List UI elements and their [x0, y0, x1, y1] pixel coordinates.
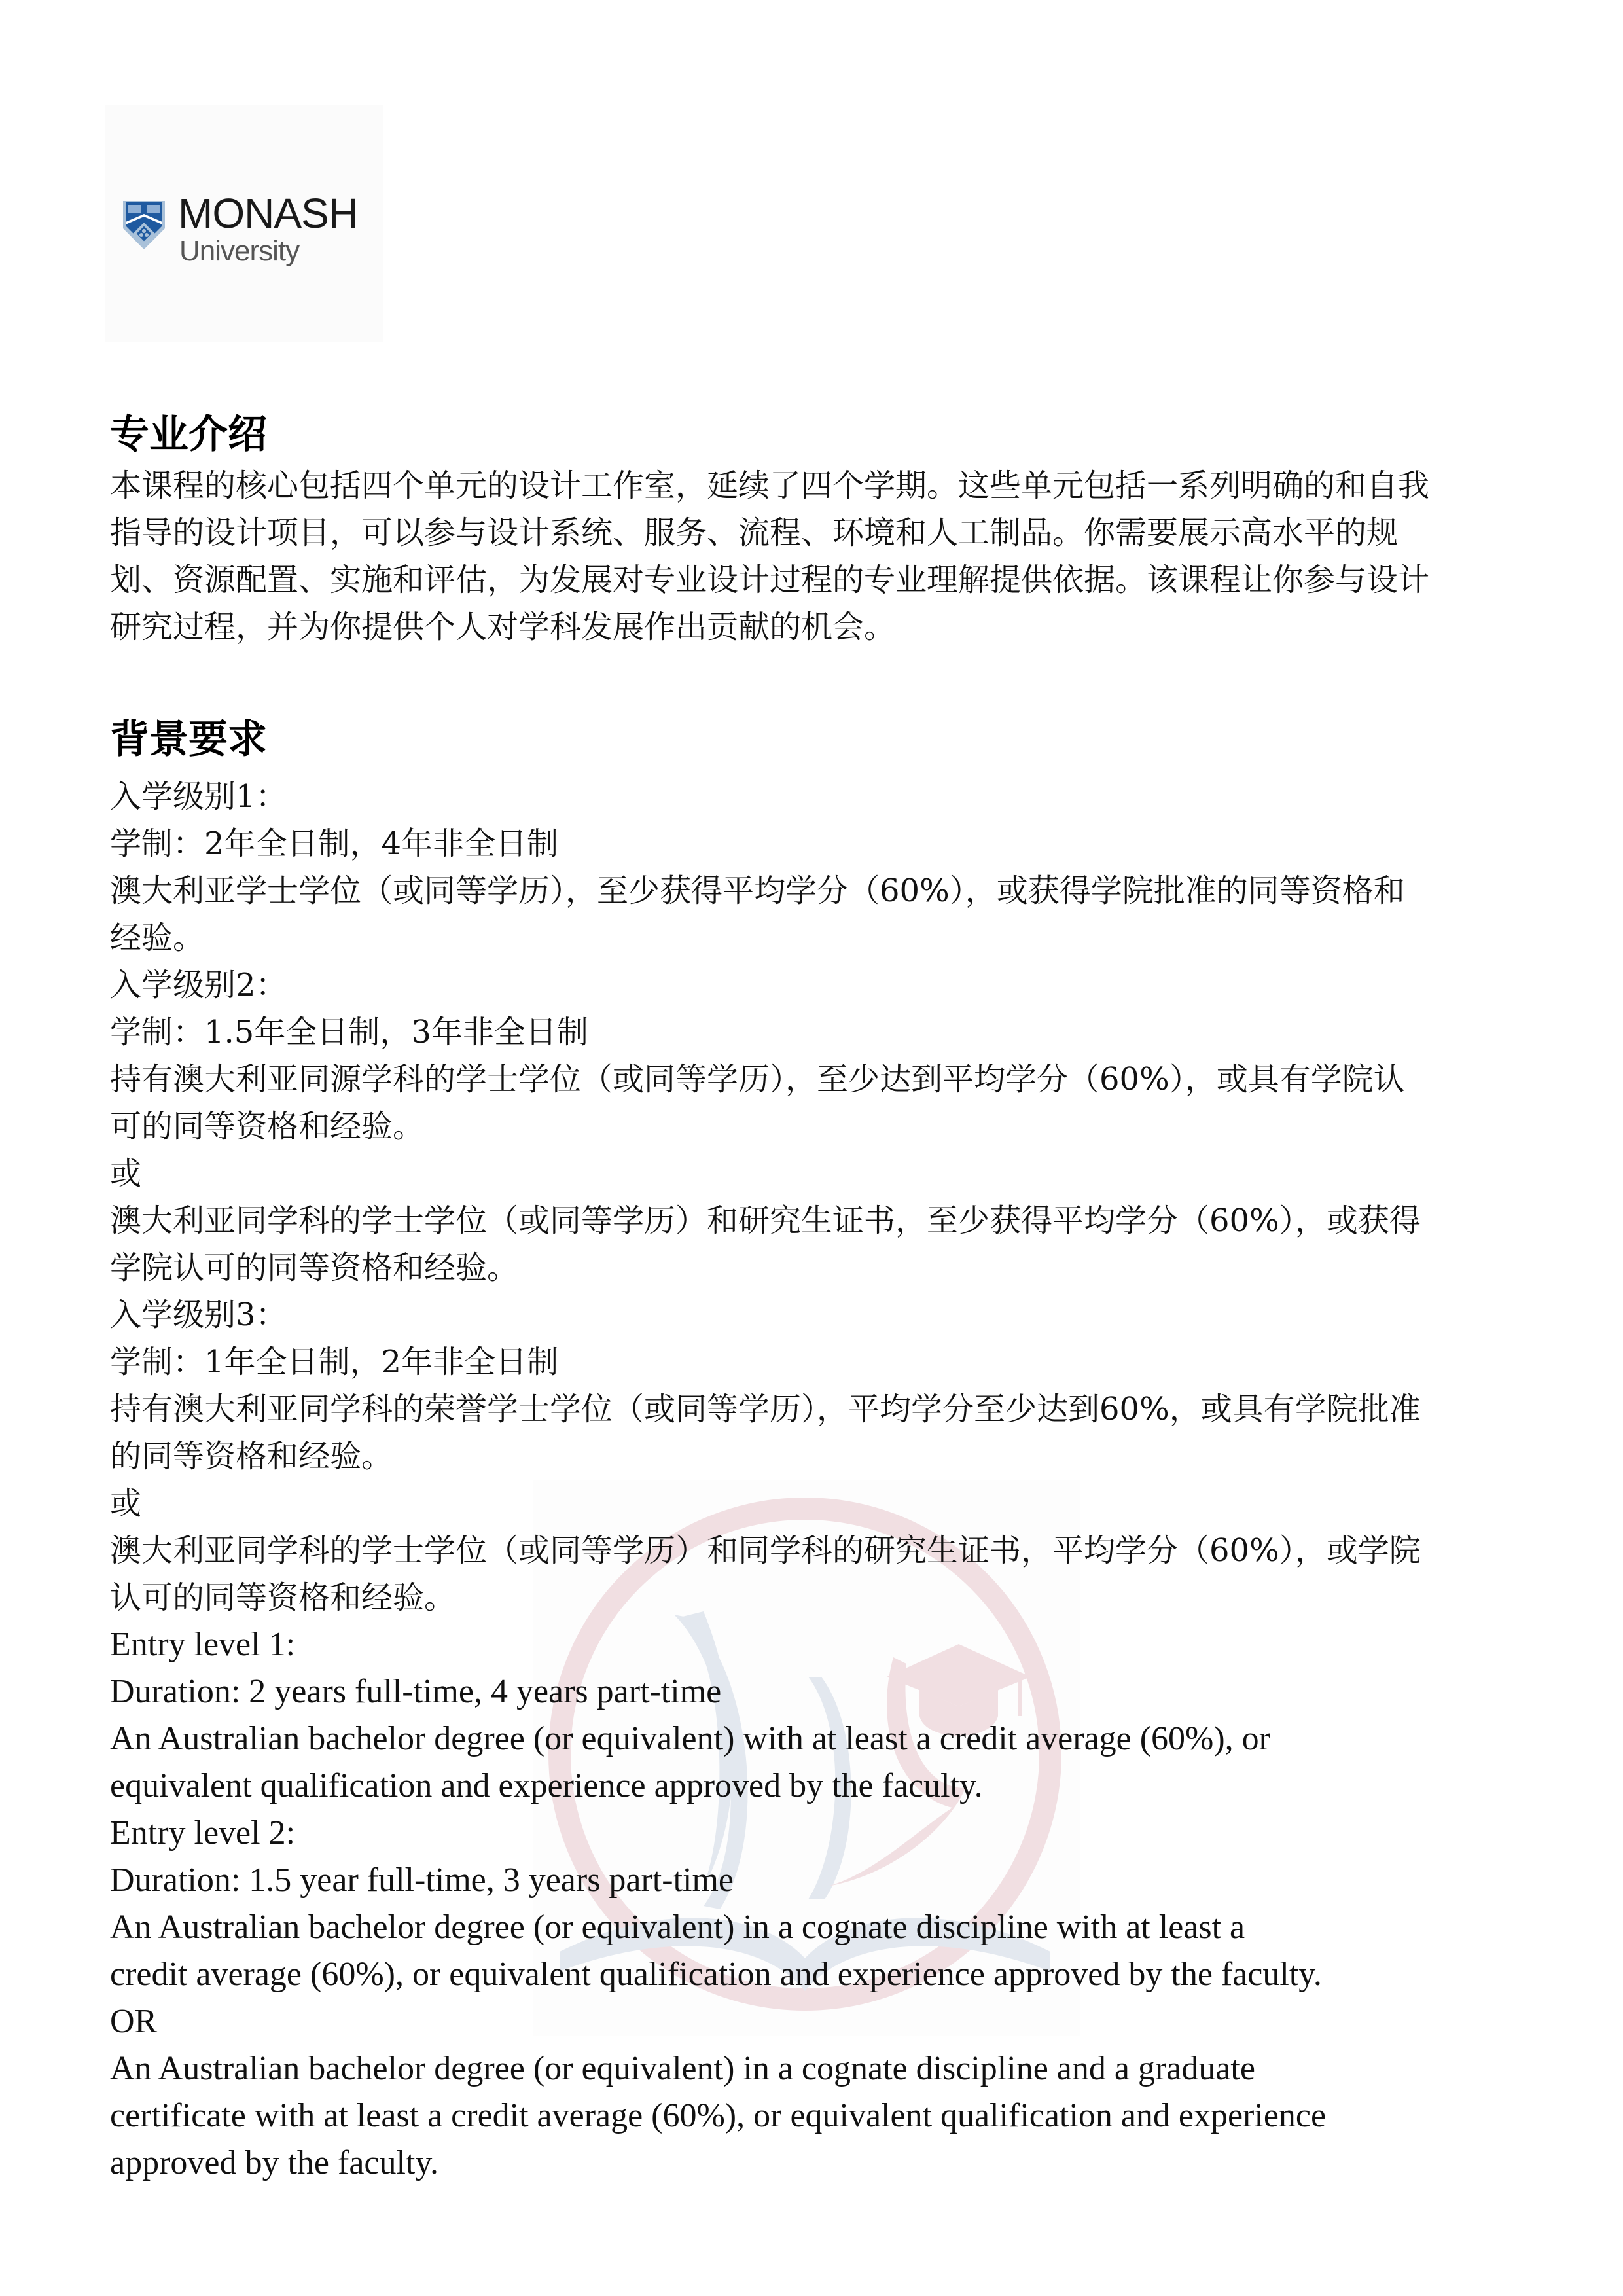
- requirement-text: 的同等资格和经验。: [110, 1433, 1421, 1480]
- logo-wordmark: MONASH: [178, 192, 358, 234]
- intro-line: 划、资源配置、实施和评估，为发展对专业设计过程的专业理解提供依据。该课程让你参与…: [110, 556, 1429, 603]
- requirement-text: 持有澳大利亚同学科的荣誉学士学位（或同等学历），平均学分至少达到60%，或具有学…: [110, 1386, 1421, 1433]
- requirements-zh: 入学级别1： 学制：2年全日制，4年非全日制 澳大利亚学士学位（或同等学历），至…: [110, 773, 1421, 1621]
- duration-text: Duration: 2 years full-time, 4 years par…: [110, 1668, 1326, 1715]
- entry-level-label: 入学级别2：: [110, 961, 1421, 1009]
- requirement-text: 持有澳大利亚同源学科的学士学位（或同等学历），至少达到平均学分（60%），或具有…: [110, 1056, 1421, 1103]
- intro-line: 本课程的核心包括四个单元的设计工作室，延续了四个学期。这些单元包括一系列明确的和…: [110, 462, 1429, 509]
- intro-line: 指导的设计项目，可以参与设计系统、服务、流程、环境和人工制品。你需要展示高水平的…: [110, 509, 1429, 556]
- intro-line: 研究过程，并为你提供个人对学科发展作出贡献的机会。: [110, 603, 1429, 651]
- requirement-text: 澳大利亚学士学位（或同等学历），至少获得平均学分（60%），或获得学院批准的同等…: [110, 867, 1421, 914]
- requirement-text: equivalent qualification and experience …: [110, 1763, 1326, 1810]
- requirements-en: Entry level 1: Duration: 2 years full-ti…: [110, 1621, 1326, 2187]
- requirement-text: 可的同等资格和经验。: [110, 1103, 1421, 1150]
- entry-level-label: Entry level 1:: [110, 1621, 1326, 1668]
- section-heading-intro: 专业介绍: [110, 411, 267, 458]
- requirement-text: 认可的同等资格和经验。: [110, 1574, 1421, 1621]
- or-separator: 或: [110, 1480, 1421, 1527]
- requirement-text: 澳大利亚同学科的学士学位（或同等学历）和研究生证书，至少获得平均学分（60%），…: [110, 1197, 1421, 1244]
- section-heading-background: 背景要求: [110, 716, 267, 763]
- duration-text: 学制：2年全日制，4年非全日制: [110, 820, 1421, 867]
- or-separator: OR: [110, 1998, 1326, 2045]
- crest-icon: [122, 200, 166, 251]
- requirement-text: 经验。: [110, 914, 1421, 961]
- logo-subtitle: University: [179, 237, 299, 266]
- requirement-text: An Australian bachelor degree (or equiva…: [110, 1904, 1326, 1951]
- entry-level-label: Entry level 2:: [110, 1810, 1326, 1857]
- requirement-text: An Australian bachelor degree (or equiva…: [110, 1715, 1326, 1763]
- intro-paragraph: 本课程的核心包括四个单元的设计工作室，延续了四个学期。这些单元包括一系列明确的和…: [110, 462, 1429, 651]
- duration-text: 学制：1.5年全日制，3年非全日制: [110, 1009, 1421, 1056]
- entry-level-label: 入学级别1：: [110, 773, 1421, 820]
- duration-text: 学制：1年全日制，2年非全日制: [110, 1338, 1421, 1386]
- or-separator: 或: [110, 1150, 1421, 1197]
- requirement-text: credit average (60%), or equivalent qual…: [110, 1951, 1326, 1998]
- university-logo: MONASH University: [105, 105, 383, 342]
- requirement-text: 澳大利亚同学科的学士学位（或同等学历）和同学科的研究生证书，平均学分（60%），…: [110, 1527, 1421, 1574]
- requirement-text: certificate with at least a credit avera…: [110, 2092, 1326, 2140]
- requirement-text: An Australian bachelor degree (or equiva…: [110, 2045, 1326, 2092]
- requirement-text: approved by the faculty.: [110, 2140, 1326, 2187]
- duration-text: Duration: 1.5 year full-time, 3 years pa…: [110, 1857, 1326, 1904]
- entry-level-label: 入学级别3：: [110, 1291, 1421, 1338]
- requirement-text: 学院认可的同等资格和经验。: [110, 1244, 1421, 1291]
